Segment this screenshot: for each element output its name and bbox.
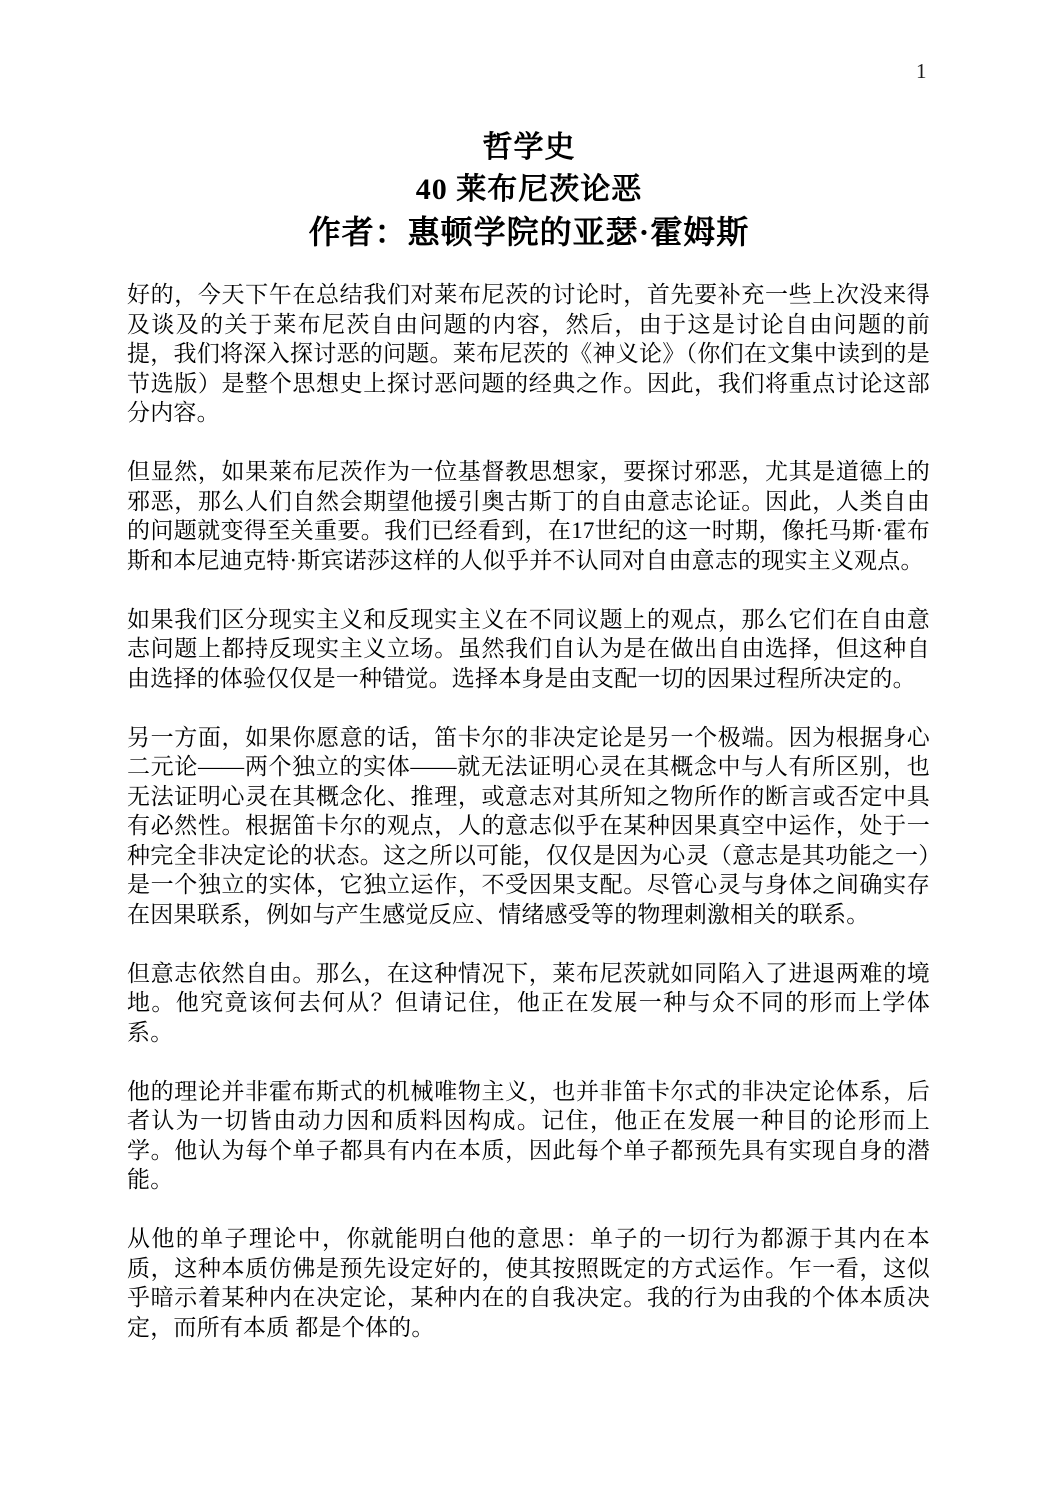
document-page: 1 哲学史 40 莱布尼茨论恶 作者：惠顿学院的亚瑟·霍姆斯 好的，今天下午在总…	[0, 0, 1058, 1497]
document-header: 哲学史 40 莱布尼茨论恶 作者：惠顿学院的亚瑟·霍姆斯	[0, 0, 1058, 253]
document-byline: 作者：惠顿学院的亚瑟·霍姆斯	[0, 211, 1058, 253]
document-subtitle: 40 莱布尼茨论恶	[0, 169, 1058, 211]
body-paragraph: 他的理论并非霍布斯式的机械唯物主义，也并非笛卡尔式的非决定论体系，后者认为一切皆…	[127, 1077, 930, 1195]
body-paragraph: 从他的单子理论中，你就能明白他的意思：单子的一切行为都源于其内在本质，这种本质仿…	[127, 1224, 930, 1342]
page-number: 1	[916, 58, 927, 84]
body-paragraph: 好的，今天下午在总结我们对莱布尼茨的讨论时，首先要补充一些上次没来得及谈及的关于…	[127, 280, 930, 428]
body-paragraph: 如果我们区分现实主义和反现实主义在不同议题上的观点，那么它们在自由意志问题上都持…	[127, 605, 930, 694]
body-paragraph: 但意志依然自由。那么，在这种情况下，莱布尼茨就如同陷入了进退两难的境地。他究竟该…	[127, 959, 930, 1048]
body-paragraph: 另一方面，如果你愿意的话，笛卡尔的非决定论是另一个极端。因为根据身心二元论——两…	[127, 723, 930, 930]
body-paragraph: 但显然，如果莱布尼茨作为一位基督教思想家，要探讨邪恶，尤其是道德上的邪恶，那么人…	[127, 457, 930, 575]
document-body: 好的，今天下午在总结我们对莱布尼茨的讨论时，首先要补充一些上次没来得及谈及的关于…	[127, 280, 930, 1342]
document-title: 哲学史	[0, 127, 1058, 169]
